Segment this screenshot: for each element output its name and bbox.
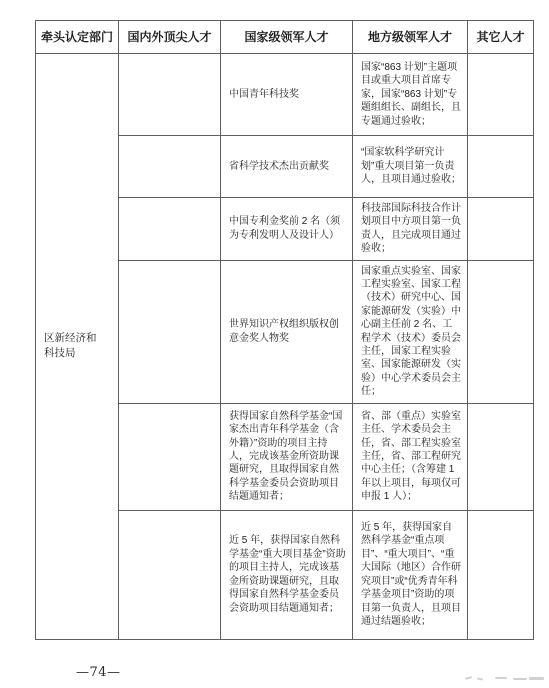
document-page: 牵头认定部门 国内外顶尖人才 国家级领军人才 地方级领军人才 其它人才 区新经济…: [0, 0, 549, 688]
cell-lead-department: 区新经济和科技局: [36, 54, 119, 640]
cell-national-talent-row3: 中国专利金奖前 2 名（须为专利发明人及设计人）: [221, 198, 353, 261]
cell-top-talent-row2: [119, 136, 221, 198]
cell-national-talent-row1: 中国青年科技奖: [221, 54, 353, 136]
cell-local-talent-row6: 近 5 年，获得国家自然科学基金“重点项目”、“重大项目”、“重大国际（地区）合…: [353, 510, 468, 639]
table-row: 区新经济和科技局 中国青年科技奖 国家“863 计划”主题项目或重大项目首席专家…: [36, 54, 534, 136]
cell-top-talent-row6: [119, 510, 221, 639]
header-other-talent: 其它人才: [468, 21, 534, 54]
cell-other-talent-row1: [468, 54, 534, 136]
cell-local-talent-row1: 国家“863 计划”主题项目或重大项目首席专家，国家“863 计划”专题组组长、…: [353, 54, 468, 136]
cell-other-talent-row5: [468, 403, 534, 510]
header-top-talent: 国内外顶尖人才: [119, 21, 221, 54]
cell-other-talent-row3: [468, 198, 534, 261]
faint-watermark-smudge: [463, 674, 546, 683]
cell-national-talent-row6: 近 5 年，获得国家自然科学基金“重大项目基金”资助的项目主持人，完成该基金所资…: [221, 510, 353, 639]
header-national-talent: 国家级领军人才: [221, 21, 353, 54]
cell-other-talent-row6: [468, 510, 534, 639]
talent-criteria-table: 牵头认定部门 国内外顶尖人才 国家级领军人才 地方级领军人才 其它人才 区新经济…: [35, 20, 534, 640]
page-number: —74—: [76, 665, 121, 680]
cell-local-talent-row3: 科技部国际科技合作计划项目中方项目第一负责人，且完成项目通过验收；: [353, 198, 468, 261]
cell-top-talent-row1: [119, 54, 221, 136]
cell-local-talent-row5: 省、部（重点）实验室主任、学术委员会主任，省、部工程实验室主任，省、部工程研究中…: [353, 403, 468, 510]
cell-national-talent-row2: 省科学技术杰出贡献奖: [221, 136, 353, 198]
cell-local-talent-row2: “国家软科学研究计划”重大项目第一负责人，且项目通过验收；: [353, 136, 468, 198]
cell-other-talent-row2: [468, 136, 534, 198]
cell-local-talent-row4: 国家重点实验室、国家工程实验室、国家工程（技术）研究中心、国家能源研发（实验）中…: [353, 260, 468, 403]
cell-national-talent-row4: 世界知识产权组织版权创意金奖人物奖: [221, 260, 353, 403]
header-lead-department: 牵头认定部门: [36, 21, 119, 54]
cell-top-talent-row4: [119, 260, 221, 403]
cell-national-talent-row5: 获得国家自然科学基金“国家杰出青年科学基金（含外籍）”资助的项目主持人，完成该基…: [221, 403, 353, 510]
cell-top-talent-row5: [119, 403, 221, 510]
cell-other-talent-row4: [468, 260, 534, 403]
header-local-talent: 地方级领军人才: [353, 21, 468, 54]
table-header-row: 牵头认定部门 国内外顶尖人才 国家级领军人才 地方级领军人才 其它人才: [36, 21, 534, 54]
cell-top-talent-row3: [119, 198, 221, 261]
